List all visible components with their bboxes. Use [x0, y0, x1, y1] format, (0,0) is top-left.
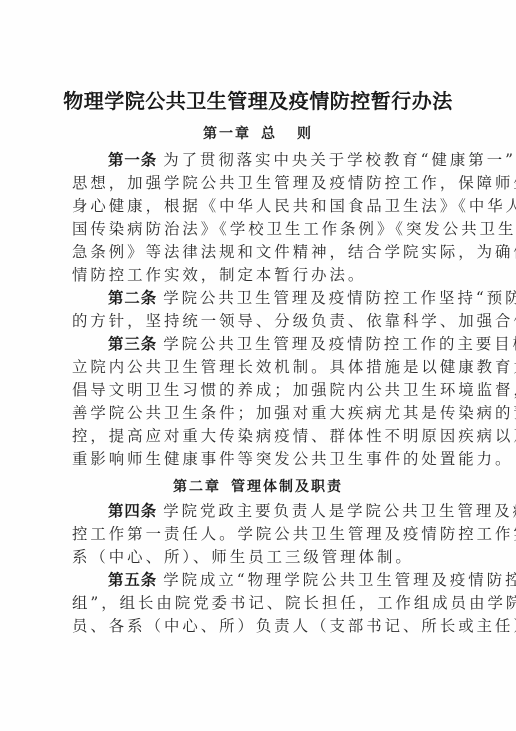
article-line: 员、各系（中心、所）负责人（支部书记、所长或主任）组成，: [72, 615, 444, 638]
chapter-number: 第一章: [203, 126, 251, 142]
document-title: 物理学院公共卫生管理及疫情防控暂行办法: [0, 89, 516, 113]
article-5: 第五条学院成立“物理学院公共卫生管理及疫情防控工作小 组”，组长由院党委书记、院…: [72, 569, 444, 638]
article-3: 第三条学院公共卫生管理及疫情防控工作的主要目标是建 立院内公共卫生管理长效机制。…: [72, 333, 444, 471]
article-line: 国传染病防治法》《学校卫生工作条例》《突发公共卫生事件应: [72, 218, 444, 241]
article-label: 第五条: [108, 571, 157, 589]
article-line: 控工作第一责任人。学院公共卫生管理及疫情防控工作实行院、: [72, 523, 444, 546]
article-line: 倡导文明卫生习惯的养成；加强院内公共卫生环境监督，不断改: [72, 379, 444, 402]
article-line: 重影响师生健康事件等突发公共卫生事件的处置能力。: [72, 448, 444, 471]
article-line: 立院内公共卫生管理长效机制。具体措施是以健康教育为基础，: [72, 356, 444, 379]
chapter-number: 第二章: [173, 479, 221, 495]
article-line: 第三条学院公共卫生管理及疫情防控工作的主要目标是建: [72, 333, 444, 356]
article-4: 第四条学院党政主要负责人是学院公共卫生管理及疫情防 控工作第一责任人。学院公共卫…: [72, 500, 444, 569]
article-line: 第五条学院成立“物理学院公共卫生管理及疫情防控工作小: [72, 569, 444, 592]
article-label: 第一条: [108, 151, 157, 169]
article-line: 急条例》等法律法规和文件精神，结合学院实际，为确保学院疫: [72, 241, 444, 264]
article-label: 第四条: [108, 502, 157, 520]
article-line: 控，提高应对重大传染病疫情、群体性不明原因疾病以及其他严: [72, 425, 444, 448]
article-line: 系（中心、所）、师生员工三级管理体制。: [72, 546, 444, 569]
article-line: 第一条为了贯彻落实中央关于学校教育“健康第一”的指导: [72, 149, 444, 172]
chapter-heading-2: 第二章管理体制及职责: [0, 478, 516, 496]
article-line: 情防控工作实效，制定本暂行办法。: [72, 264, 444, 287]
article-line: 第二条学院公共卫生管理及疫情防控工作坚持“预防为主”: [72, 287, 444, 310]
article-1: 第一条为了贯彻落实中央关于学校教育“健康第一”的指导 思想，加强学院公共卫生管理…: [72, 149, 444, 287]
article-line: 组”，组长由院党委书记、院长担任，工作组成员由学院班子成: [72, 592, 444, 615]
chapter-name-part: 总: [261, 126, 277, 142]
article-line: 身心健康，根据《中华人民共和国食品卫生法》《中华人民共和: [72, 195, 444, 218]
article-line: 第四条学院党政主要负责人是学院公共卫生管理及疫情防: [72, 500, 444, 523]
article-line: 善学院公共卫生条件；加强对重大疾病尤其是传染病的预防和监: [72, 402, 444, 425]
article-line: 的方针，坚持统一领导、分级负责、依靠科学、加强合作。: [72, 310, 444, 333]
article-2: 第二条学院公共卫生管理及疫情防控工作坚持“预防为主” 的方针，坚持统一领导、分级…: [72, 287, 444, 333]
document-page: 物理学院公共卫生管理及疫情防控暂行办法 第一章总则 第一条为了贯彻落实中央关于学…: [0, 0, 516, 731]
chapter-name: 管理体制及职责: [231, 479, 343, 495]
article-label: 第二条: [108, 289, 157, 307]
chapter-heading-1: 第一章总则: [0, 125, 516, 143]
article-label: 第三条: [108, 335, 157, 353]
article-line: 思想，加强学院公共卫生管理及疫情防控工作，保障师生员工的: [72, 172, 444, 195]
chapter-name-part: 则: [297, 126, 313, 142]
